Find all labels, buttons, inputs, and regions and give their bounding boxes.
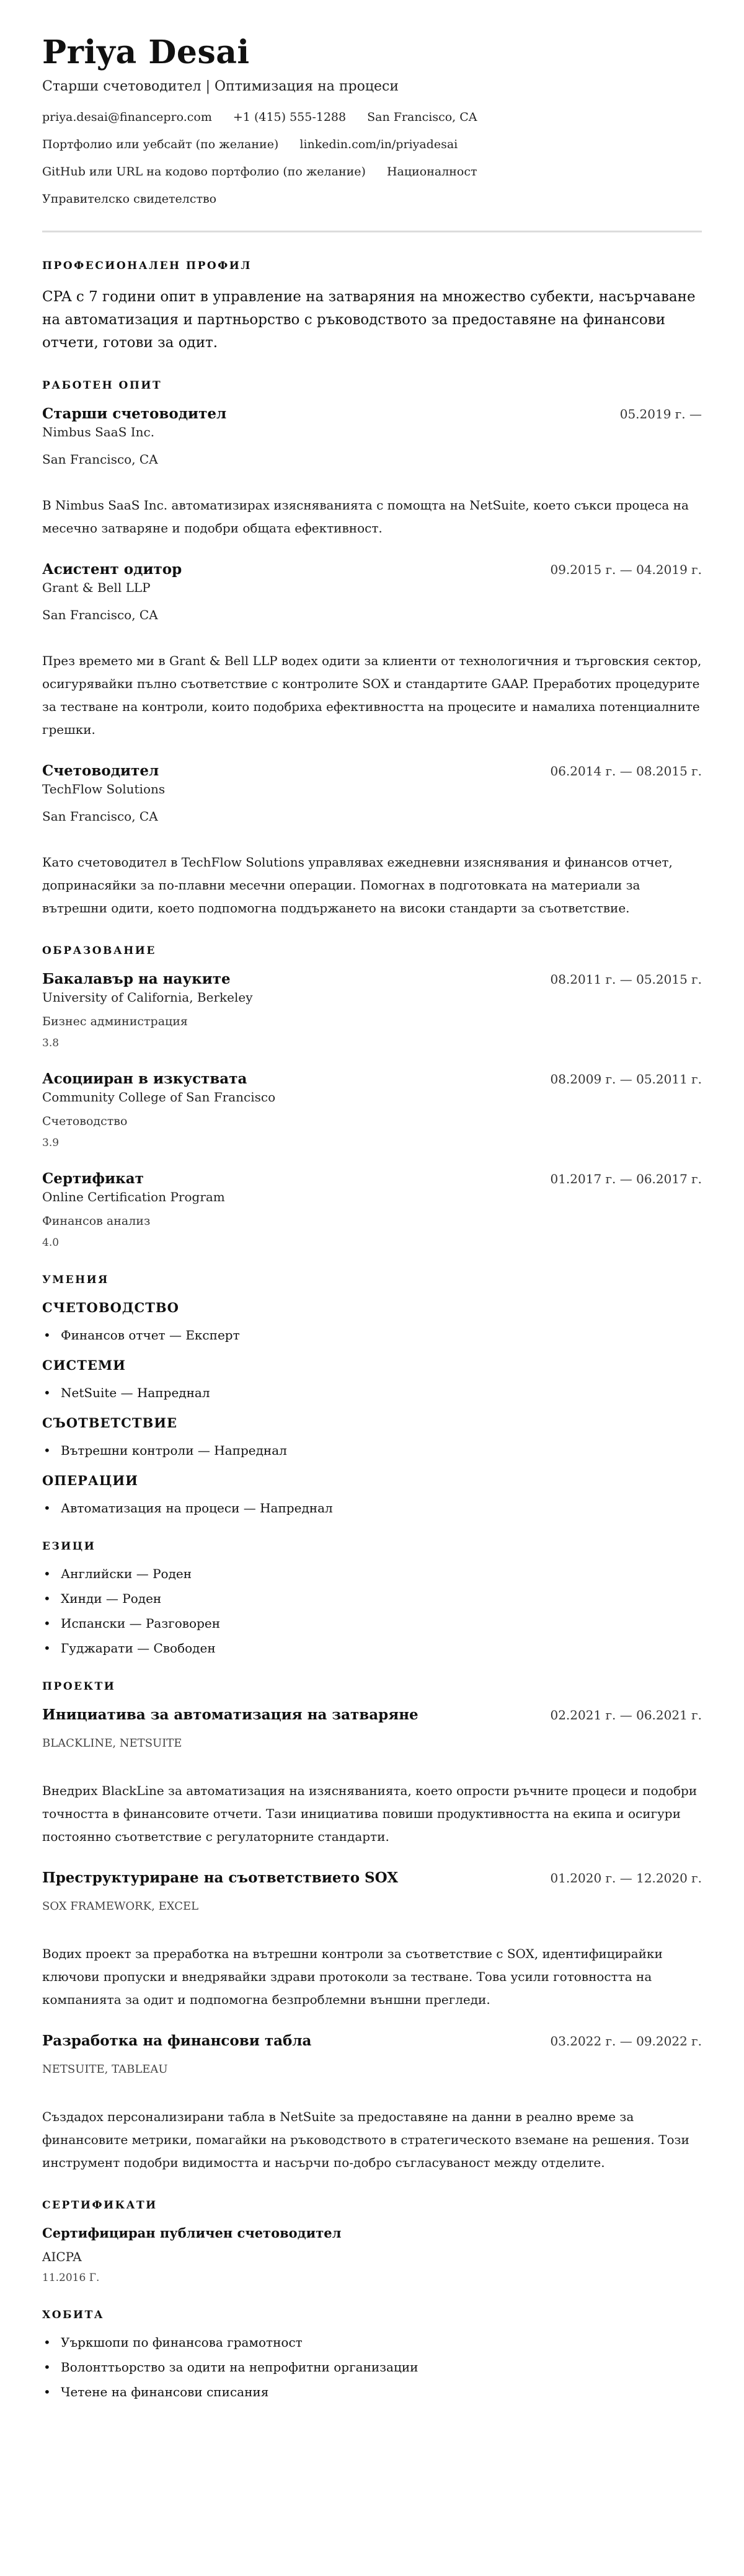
project-entry: Инициатива за автоматизация на затваряне…	[42, 1706, 702, 1848]
entry-header: Бакалавър на науките08.2011 г. — 05.2015…	[42, 971, 702, 987]
entry-header: Преструктуриране на съответствието SOX01…	[42, 1869, 702, 1886]
project-name: Инициатива за автоматизация на затваряне	[42, 1706, 418, 1723]
contact-license: Управителско свидетелство	[42, 192, 216, 206]
degree-title: Сертификат	[42, 1170, 144, 1187]
entry-header: Асистент одитор09.2015 г. — 04.2019 г.	[42, 561, 702, 578]
languages-list: Английски — РоденХинди — РоденИспански —…	[42, 1566, 702, 1656]
job-description: През времето ми в Grant & Bell LLP водех…	[42, 650, 702, 741]
project-tech: NetSuite, Tableau	[42, 2063, 702, 2076]
gpa: 3.9	[42, 1137, 702, 1149]
company-name: Nimbus SaaS Inc.	[42, 425, 702, 439]
contact-linkedin[interactable]: linkedin.com/in/priyadesai	[299, 138, 458, 151]
resume-header: Priya Desai Старши счетоводител | Оптими…	[42, 35, 702, 206]
certification-issuer: AICPA	[42, 2249, 702, 2264]
job-location: San Francisco, CA	[42, 809, 702, 824]
certifications-section: Сертификати Сертифициран публичен счетов…	[42, 2199, 702, 2284]
section-title: Професионален профил	[42, 260, 702, 272]
skill-item: Автоматизация на процеси — Напреднал	[42, 1501, 702, 1515]
education-entry: Асоцииран в изкуствата08.2009 г. — 05.20…	[42, 1070, 702, 1149]
skill-item: Финансов отчет — Експерт	[42, 1328, 702, 1343]
language-item: Хинди — Роден	[42, 1591, 702, 1606]
experience-list: Старши счетоводител05.2019 г. —Nimbus Sa…	[42, 405, 702, 920]
entry-header: Асоцииран в изкуствата08.2009 г. — 05.20…	[42, 1070, 702, 1087]
entry-header: Старши счетоводител05.2019 г. —	[42, 405, 702, 422]
profile-section: Професионален профил CPA с 7 години опит…	[42, 260, 702, 354]
skills-list: СЧЕТОВОДСТВОФинансов отчет — ЕкспертСИСТ…	[42, 1300, 702, 1515]
education-dates: 01.2017 г. — 06.2017 г.	[550, 1171, 702, 1186]
school-name: University of California, Berkeley	[42, 990, 702, 1005]
hobby-item: Уъркшопи по финансова грамотност	[42, 2335, 702, 2350]
projects-list: Инициатива за автоматизация на затваряне…	[42, 1706, 702, 2174]
entry-header: Разработка на финансови табла03.2022 г. …	[42, 2032, 702, 2049]
contact-portfolio[interactable]: Портфолио или уебсайт (по желание)	[42, 138, 278, 151]
job-dates: 09.2015 г. — 04.2019 г.	[550, 562, 702, 577]
contact-nationality: Националност	[387, 165, 477, 179]
languages-section: Езици Английски — РоденХинди — РоденИспа…	[42, 1540, 702, 1656]
contact-row: GitHub или URL на кодово портфолио (по ж…	[42, 165, 702, 179]
company-name: TechFlow Solutions	[42, 782, 702, 796]
hobbies-list: Уъркшопи по финансова грамотностВолонтть…	[42, 2335, 702, 2399]
project-tech: SOX Framework, Excel	[42, 1900, 702, 1913]
project-dates: 02.2021 г. — 06.2021 г.	[550, 1708, 702, 1722]
skill-list: NetSuite — Напреднал	[42, 1385, 702, 1400]
project-name: Преструктуриране на съответствието SOX	[42, 1869, 398, 1886]
project-name: Разработка на финансови табла	[42, 2032, 311, 2049]
project-dates: 01.2020 г. — 12.2020 г.	[550, 1871, 702, 1886]
skill-group-title: СЧЕТОВОДСТВО	[42, 1300, 702, 1315]
education-entry: Бакалавър на науките08.2011 г. — 05.2015…	[42, 971, 702, 1049]
field-of-study: Счетоводство	[42, 1114, 702, 1128]
project-description: Създадох персонализирани табла в NetSuit…	[42, 2106, 702, 2174]
entry-header: Счетоводител06.2014 г. — 08.2015 г.	[42, 762, 702, 779]
skill-list: Вътрешни контроли — Напреднал	[42, 1443, 702, 1458]
project-dates: 03.2022 г. — 09.2022 г.	[550, 2034, 702, 2049]
hobby-item: Четене на финансови списания	[42, 2384, 702, 2399]
project-tech: BlackLine, NetSuite	[42, 1737, 702, 1750]
contact-phone[interactable]: +1 (415) 555-1288	[233, 110, 346, 124]
language-item: Английски — Роден	[42, 1566, 702, 1581]
section-title: Проекти	[42, 1680, 702, 1693]
skill-group-title: ОПЕРАЦИИ	[42, 1473, 702, 1488]
education-list: Бакалавър на науките08.2011 г. — 05.2015…	[42, 971, 702, 1249]
field-of-study: Бизнес администрация	[42, 1015, 702, 1028]
job-description: В Nimbus SaaS Inc. автоматизирах изясняв…	[42, 494, 702, 540]
section-title: Образование	[42, 945, 702, 957]
skill-list: Финансов отчет — Експерт	[42, 1328, 702, 1343]
certification-date: 11.2016 г.	[42, 2272, 702, 2284]
education-section: Образование Бакалавър на науките08.2011 …	[42, 945, 702, 1249]
section-title: Умения	[42, 1274, 702, 1286]
education-dates: 08.2009 г. — 05.2011 г.	[550, 1072, 702, 1087]
skill-item: NetSuite — Напреднал	[42, 1385, 702, 1400]
job-dates: 06.2014 г. — 08.2015 г.	[550, 764, 702, 779]
projects-section: Проекти Инициатива за автоматизация на з…	[42, 1680, 702, 2174]
degree-title: Бакалавър на науките	[42, 971, 231, 987]
experience-section: Работен опит Старши счетоводител05.2019 …	[42, 379, 702, 920]
certification-entry: Сертифициран публичен счетоводителAICPA1…	[42, 2225, 702, 2284]
hobbies-section: Хобита Уъркшопи по финансова грамотностВ…	[42, 2309, 702, 2399]
gpa: 3.8	[42, 1037, 702, 1049]
school-name: Community College of San Francisco	[42, 1090, 702, 1105]
gpa: 4.0	[42, 1237, 702, 1249]
certification-name: Сертифициран публичен счетоводител	[42, 2225, 702, 2241]
company-name: Grant & Bell LLP	[42, 580, 702, 595]
skill-group-title: СЪОТВЕТСТВИЕ	[42, 1415, 702, 1431]
project-description: Внедрих BlackLine за автоматизация на из…	[42, 1780, 702, 1848]
entry-header: Сертификат01.2017 г. — 06.2017 г.	[42, 1170, 702, 1187]
skill-item: Вътрешни контроли — Напреднал	[42, 1443, 702, 1458]
project-description: Водих проект за преработка на вътрешни к…	[42, 1943, 702, 2011]
resume-page: Priya Desai Старши счетоводител | Оптими…	[0, 0, 744, 2449]
candidate-headline: Старши счетоводител | Оптимизация на про…	[42, 79, 702, 94]
profile-summary: CPA с 7 години опит в управление на затв…	[42, 286, 702, 354]
skill-group-title: СИСТЕМИ	[42, 1357, 702, 1373]
field-of-study: Финансов анализ	[42, 1214, 702, 1228]
skills-section: Умения СЧЕТОВОДСТВОФинансов отчет — Експ…	[42, 1274, 702, 1515]
section-title: Сертификати	[42, 2199, 702, 2212]
school-name: Online Certification Program	[42, 1189, 702, 1204]
education-entry: Сертификат01.2017 г. — 06.2017 г.Online …	[42, 1170, 702, 1249]
job-title: Счетоводител	[42, 762, 159, 779]
job-location: San Francisco, CA	[42, 452, 702, 467]
job-title: Старши счетоводител	[42, 405, 226, 422]
contact-github[interactable]: GitHub или URL на кодово портфолио (по ж…	[42, 165, 366, 179]
section-title: Хобита	[42, 2309, 702, 2321]
language-item: Гуджарати — Свободен	[42, 1641, 702, 1656]
education-dates: 08.2011 г. — 05.2015 г.	[550, 972, 702, 987]
skill-list: Автоматизация на процеси — Напреднал	[42, 1501, 702, 1515]
degree-title: Асоцииран в изкуствата	[42, 1070, 247, 1087]
language-item: Испански — Разговорен	[42, 1616, 702, 1631]
experience-entry: Счетоводител06.2014 г. — 08.2015 г.TechF…	[42, 762, 702, 920]
hobby-item: Волонттьорство за одити на непрофитни ор…	[42, 2360, 702, 2375]
contact-row: priya.desai@financepro.com +1 (415) 555-…	[42, 110, 702, 124]
project-entry: Преструктуриране на съответствието SOX01…	[42, 1869, 702, 2011]
job-dates: 05.2019 г. —	[620, 407, 702, 421]
section-title: Езици	[42, 1540, 702, 1553]
contact-row: Управителско свидетелство	[42, 192, 702, 206]
section-title: Работен опит	[42, 379, 702, 392]
certifications-list: Сертифициран публичен счетоводителAICPA1…	[42, 2225, 702, 2284]
contact-row: Портфолио или уебсайт (по желание) linke…	[42, 138, 702, 151]
job-location: San Francisco, CA	[42, 607, 702, 622]
contact-location: San Francisco, CA	[367, 110, 477, 124]
job-title: Асистент одитор	[42, 561, 182, 578]
contact-email[interactable]: priya.desai@financepro.com	[42, 110, 212, 124]
job-description: Като счетоводител в TechFlow Solutions у…	[42, 851, 702, 920]
header-divider	[42, 231, 702, 232]
experience-entry: Асистент одитор09.2015 г. — 04.2019 г.Gr…	[42, 561, 702, 741]
candidate-name: Priya Desai	[42, 35, 702, 70]
entry-header: Инициатива за автоматизация на затваряне…	[42, 1706, 702, 1723]
experience-entry: Старши счетоводител05.2019 г. —Nimbus Sa…	[42, 405, 702, 540]
project-entry: Разработка на финансови табла03.2022 г. …	[42, 2032, 702, 2174]
